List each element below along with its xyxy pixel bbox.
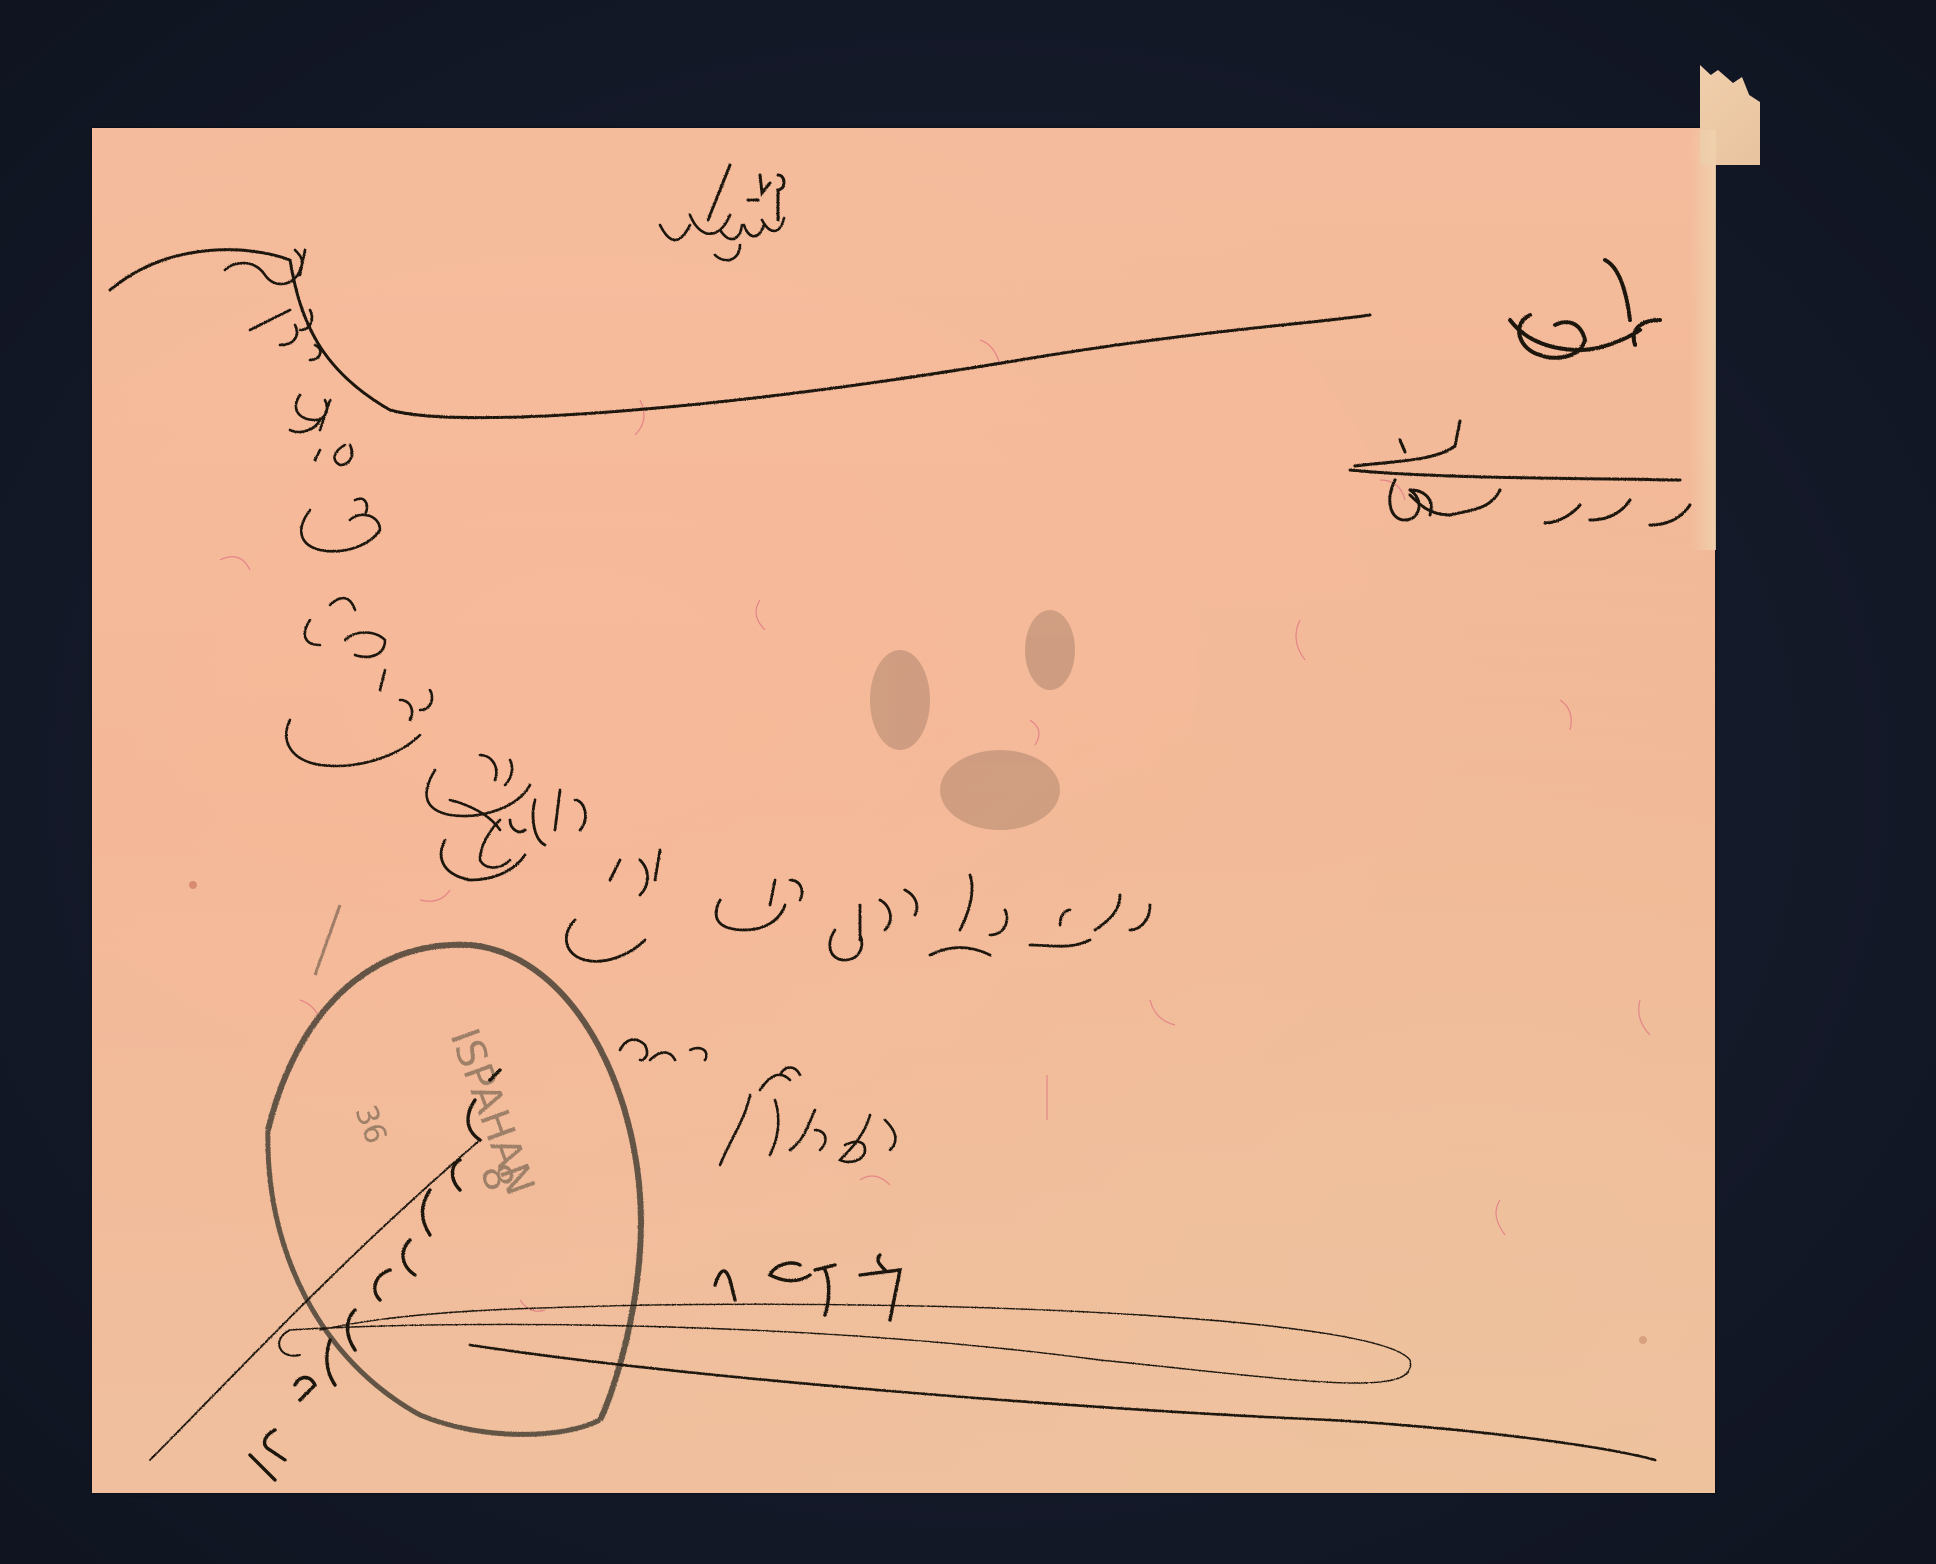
handwriting-layer: ISPAHAN 8 36 bbox=[0, 0, 1936, 1564]
date-numerals bbox=[250, 1070, 900, 1480]
postmark-year: 36 bbox=[347, 1101, 393, 1149]
top-note bbox=[660, 215, 784, 260]
center-text-line-3 bbox=[620, 1040, 895, 1165]
postmark-text: ISPAHAN 8 36 bbox=[347, 1023, 543, 1202]
center-text-line-2 bbox=[566, 850, 1150, 961]
addressee-salutation bbox=[1510, 260, 1660, 358]
flourish-strokes bbox=[110, 250, 1655, 1460]
ink-smudges bbox=[870, 610, 1075, 830]
stain-dot bbox=[189, 881, 197, 889]
paper-fibers bbox=[220, 340, 1650, 1311]
stain-dot bbox=[1639, 1336, 1647, 1344]
addressee-location bbox=[1350, 421, 1690, 525]
left-column-text bbox=[225, 250, 530, 868]
top-number bbox=[708, 165, 784, 220]
